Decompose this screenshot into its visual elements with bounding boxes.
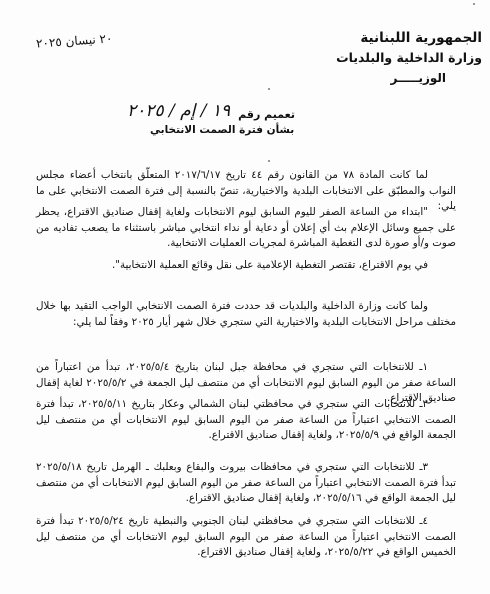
document-page: الجمهورية اللبنانية وزارة الداخلية والبل…	[0, 0, 490, 594]
letterhead: الجمهورية اللبنانية وزارة الداخلية والبل…	[312, 28, 482, 88]
scan-speck	[473, 3, 475, 5]
quoted-article-paragraph-1: "ابتداء من الساعة الصفر لليوم السابق ليو…	[36, 205, 456, 252]
quote-text-2: في يوم الاقتراع، تقتصر التغطية الإعلامية…	[36, 258, 456, 274]
whereas-paragraph: ولما كانت وزارة الداخلية والبلديات قد حد…	[36, 299, 456, 330]
circular-subject: بشأن فترة الصمت الانتخابي	[150, 124, 294, 136]
scan-speck	[268, 160, 270, 162]
handwritten-date: ٢٠ نيسان ٢٠٢٥	[36, 31, 113, 50]
list-item: ٣ـ للانتخابات التي ستجري في محافظات بيرو…	[36, 460, 456, 507]
list-item-text-2: ٢ـ للانتخابات التي ستجري في محافظتي لبنا…	[36, 397, 456, 444]
quote-text-1: "ابتداء من الساعة الصفر لليوم السابق ليو…	[36, 205, 456, 252]
list-item-text-3: ٣ـ للانتخابات التي ستجري في محافظات بيرو…	[36, 460, 456, 507]
letterhead-minister: الوزيـــــر	[312, 68, 482, 88]
whereas-text: ولما كانت وزارة الداخلية والبلديات قد حد…	[36, 299, 456, 330]
quoted-article-paragraph-2: في يوم الاقتراع، تقتصر التغطية الإعلامية…	[36, 258, 456, 274]
circular-number: ١٩ / إم / ٢٠٢٥	[127, 101, 230, 121]
letterhead-country: الجمهورية اللبنانية	[312, 28, 482, 48]
list-item-text-4: ٤ـ للانتخابات التي ستجري في محافظتي لبنا…	[36, 514, 456, 561]
list-item: ٤ـ للانتخابات التي ستجري في محافظتي لبنا…	[36, 514, 456, 561]
circular-number-line: تعميم رقم ١٩ / إم / ٢٠٢٥	[90, 101, 295, 121]
list-item: ٢ـ للانتخابات التي ستجري في محافظتي لبنا…	[36, 397, 456, 444]
circular-label: تعميم رقم	[238, 108, 295, 121]
letterhead-ministry: وزارة الداخلية والبلديات	[312, 48, 482, 68]
scan-speck	[268, 88, 270, 90]
